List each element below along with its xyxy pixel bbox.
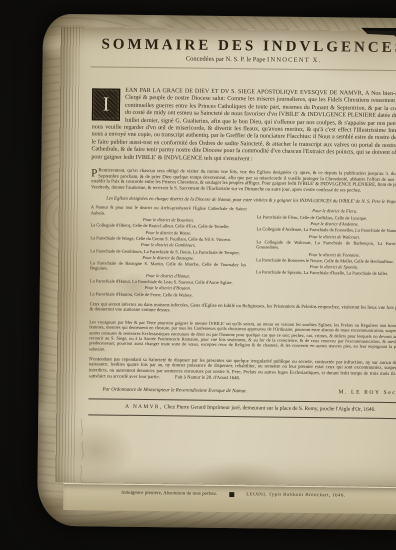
travellers-faculties-paragraph: Les voyageurs par Mer & par Terre pourro… — [89, 319, 396, 355]
indulgence-caption: Indulgence pleniere, Absolution de tous … — [121, 491, 217, 497]
page-content: SOMMAIRE DES INDVLGENCES Concedées par N… — [86, 34, 396, 419]
secretary-signature: M. LE ROY Secr. — [338, 390, 396, 397]
document-page: SOMMAIRE DES INDVLGENCES Concedées par N… — [55, 27, 396, 486]
subtitle-prefix: Concedées par N. S. P. le Pape — [186, 55, 266, 63]
churches-column-right: Pour le district de Fleru. La Parochiale… — [256, 207, 396, 300]
list-item: La Parochiale d'Hauton, Celle de Ferne, … — [90, 291, 246, 298]
infected-persons-paragraph: Ceux qui seront infectez ou dans maisons… — [89, 302, 396, 317]
closing-paragraph-text: N'entendant pas cependant sa Saincteté d… — [89, 357, 396, 380]
imprint-text: Chez Pierre Gerard Imprimeur juré, demeu… — [164, 404, 376, 413]
opening-paragraph-text: EAN PAR LA GRACE DE DIEV ET DV S. SIEGE … — [91, 88, 396, 162]
churches-column-left: A Namur & pour tout le district ou Archi… — [90, 205, 247, 298]
dropcap-p: P — [91, 168, 97, 178]
signature-row: Par Ordonnance de Monseigneur le Reveren… — [103, 387, 396, 397]
book: SOMMAIRE DES INDVLGENCES Concedées par N… — [37, 14, 396, 531]
title-block: SOMMAIRE DES INDVLGENCES Concedées par N… — [90, 34, 396, 71]
marginal-handwriting — [75, 415, 90, 485]
pope-name: INNOCENT X. — [267, 56, 321, 64]
closing-paragraph: N'entendant pas cependant sa Saincteté d… — [89, 357, 396, 383]
first-point-text: Remierement, qu'vn chascun sera obligé d… — [91, 168, 396, 193]
list-item: La Collegiale de Walcourt, La Parochiale… — [256, 239, 396, 251]
first-point-paragraph: PRemierement, qu'vn chascun sera obligé … — [91, 168, 396, 194]
churches-columns: A Namur & pour tout le district ou Archi… — [90, 205, 396, 300]
underlying-page-text: Indulgence pleniere, Absolution de tous … — [121, 491, 396, 500]
imprint-city: A NAMVR, — [125, 404, 163, 410]
date-line: Fait à Namur le 28. d'Aoust 1646. — [161, 375, 240, 381]
divider-rule — [88, 399, 396, 404]
list-item: A Namur & pour tout le district ou Archi… — [91, 205, 247, 217]
photo-of-book-page: SOMMAIRE DES INDVLGENCES Concedées par N… — [0, 0, 396, 550]
printer-imprint: A NAMVR, Chez Pierre Gerard Imprimeur ju… — [86, 404, 396, 414]
churches-list-heading: Les Eglises designées en chaque district… — [95, 197, 396, 206]
opening-paragraph: IEAN PAR LA GRACE DE DIEV ET DV S. SIEGE… — [91, 87, 396, 165]
underlying-page-strip: Indulgence pleniere, Absolution de tous … — [63, 483, 396, 514]
list-item: La Parochiale de Bastogne S. Martin, Cel… — [90, 260, 246, 272]
fleuron-ornament — [229, 492, 234, 497]
ordinance-note: Par Ordonnance de Monseigneur le Reveren… — [103, 388, 247, 395]
list-item: La Parochiale de Spontin, La Parochiale … — [256, 270, 396, 277]
leodii-imprint: LEODII, Typis Balduini Bronckart, 1646. — [246, 492, 345, 498]
divider-rule — [88, 415, 396, 420]
dropcap-letter: I — [103, 94, 110, 114]
stacked-page-edges — [55, 27, 81, 482]
woodcut-initial: I — [92, 88, 120, 120]
